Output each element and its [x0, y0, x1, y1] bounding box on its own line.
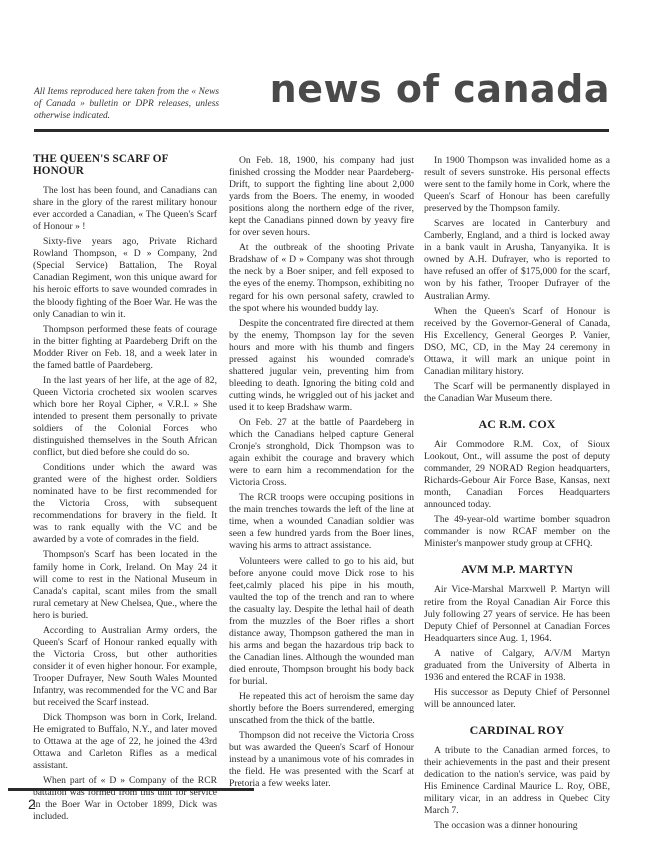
paragraph: The RCR troops were occuping positions i…: [229, 492, 414, 552]
masthead-title: news of canada: [270, 70, 610, 108]
article-heading-cardinal-roy: CARDINAL ROY: [424, 724, 610, 736]
paragraph: On Feb. 27 at the battle of Paardeberg i…: [229, 417, 414, 489]
paragraph: Air Vice-Marshal Marxwell P. Martyn will…: [424, 584, 610, 644]
column-3: In 1900 Thompson was invalided home as a…: [424, 155, 610, 835]
paragraph: The lost has been found, and Canadians c…: [33, 185, 217, 233]
paragraph: Conditions under which the award was gra…: [33, 462, 217, 546]
paragraph: Dick Thompson was born in Cork, Ireland.…: [33, 712, 217, 772]
paragraph: Thompson's Scarf has been located in the…: [33, 549, 217, 621]
paragraph: On Feb. 18, 1900, his company had just f…: [229, 155, 414, 239]
paragraph: The 49-year-old wartime bomber squadron …: [424, 514, 610, 550]
paragraph: A native of Calgary, A/V/M Martyn gradua…: [424, 648, 610, 684]
top-rule-divider: [34, 129, 609, 132]
paragraph: At the outbreak of the shooting Private …: [229, 242, 414, 314]
bottom-rule-divider: [8, 788, 254, 791]
column-1: THE QUEEN'S SCARF OF HONOUR The lost has…: [33, 153, 217, 826]
paragraph: Scarves are located in Canterbury and Ca…: [424, 218, 610, 302]
paragraph: When the Queen's Scarf of Honour is rece…: [424, 306, 610, 378]
paragraph: The Scarf will be permanently displayed …: [424, 381, 610, 405]
article-heading-avm-martyn: AVM M.P. MARTYN: [424, 563, 610, 575]
paragraph: Sixty-five years ago, Private Richard Ro…: [33, 236, 217, 320]
paragraph: Air Commodore R.M. Cox, of Sioux Lookout…: [424, 439, 610, 511]
paragraph: Despite the concentrated fire directed a…: [229, 318, 414, 414]
column-2: On Feb. 18, 1900, his company had just f…: [229, 155, 414, 793]
paragraph: Thompson did not receive the Victoria Cr…: [229, 730, 414, 790]
article-heading-queens-scarf: THE QUEEN'S SCARF OF HONOUR: [33, 153, 217, 177]
article-heading-ac-cox: AC R.M. COX: [424, 418, 610, 430]
paragraph: He repeated this act of heroism the same…: [229, 691, 414, 727]
paragraph: When part of « D » Company of the RCR ba…: [33, 775, 217, 823]
paragraph: Volunteers were called to go to his aid,…: [229, 556, 414, 689]
paragraph: A tribute to the Canadian armed forces, …: [424, 745, 610, 817]
masthead-note: All Items reproduced here taken from the…: [34, 86, 219, 122]
paragraph: In the last years of her life, at the ag…: [33, 375, 217, 459]
paragraph: The occasion was a dinner honouring: [424, 820, 610, 832]
paragraph: According to Australian Army orders, the…: [33, 625, 217, 709]
page-number: 2: [28, 796, 36, 812]
paragraph: Thompson performed these feats of courag…: [33, 324, 217, 372]
paragraph: His successor as Deputy Chief of Personn…: [424, 687, 610, 711]
paragraph: In 1900 Thompson was invalided home as a…: [424, 155, 610, 215]
